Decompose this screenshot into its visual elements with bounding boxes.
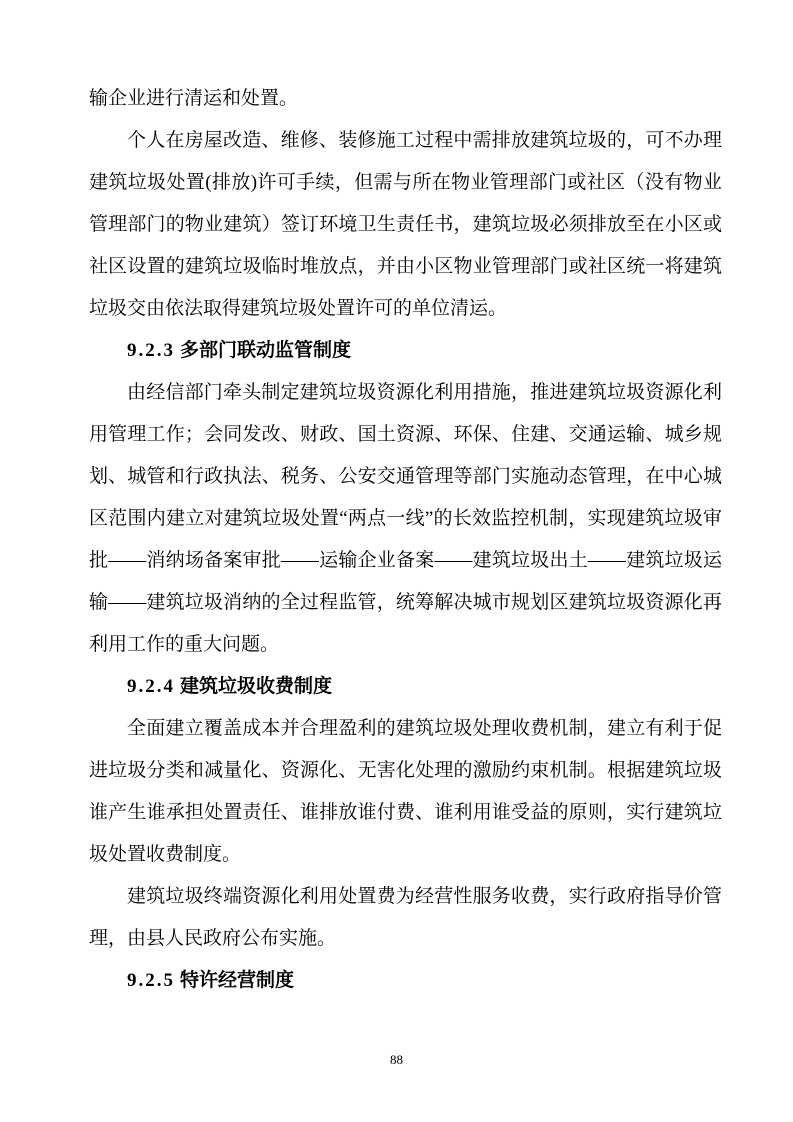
- paragraph: 全面建立覆盖成本并合理盈利的建筑垃圾处理收费机制，建立有利于促进垃圾分类和减量化…: [89, 708, 722, 876]
- paragraph: 由经信部门牵头制定建筑垃圾资源化利用措施，推进建筑垃圾资源化利用管理工作；会同发…: [89, 372, 722, 666]
- page-number: 88: [0, 1051, 793, 1069]
- section-heading: 9.2.5特许经营制度: [89, 960, 722, 1002]
- section-heading: 9.2.3多部门联动监管制度: [89, 330, 722, 372]
- paragraph: 输企业进行清运和处置。: [89, 78, 722, 120]
- section-title: 建筑垃圾收费制度: [180, 676, 332, 697]
- section-number: 9.2.4: [127, 676, 175, 697]
- section-number: 9.2.3: [127, 340, 175, 361]
- document-page: 输企业进行清运和处置。个人在房屋改造、维修、装修施工过程中需排放建筑垃圾的，可不…: [0, 0, 793, 1122]
- section-title: 特许经营制度: [180, 970, 294, 991]
- page-content: 输企业进行清运和处置。个人在房屋改造、维修、装修施工过程中需排放建筑垃圾的，可不…: [89, 78, 722, 1002]
- paragraph: 个人在房屋改造、维修、装修施工过程中需排放建筑垃圾的，可不办理建筑垃圾处置(排放…: [89, 120, 722, 330]
- section-title: 多部门联动监管制度: [180, 340, 351, 361]
- section-heading: 9.2.4建筑垃圾收费制度: [89, 666, 722, 708]
- paragraph: 建筑垃圾终端资源化利用处置费为经营性服务收费，实行政府指导价管理，由县人民政府公…: [89, 876, 722, 960]
- section-number: 9.2.5: [127, 970, 175, 991]
